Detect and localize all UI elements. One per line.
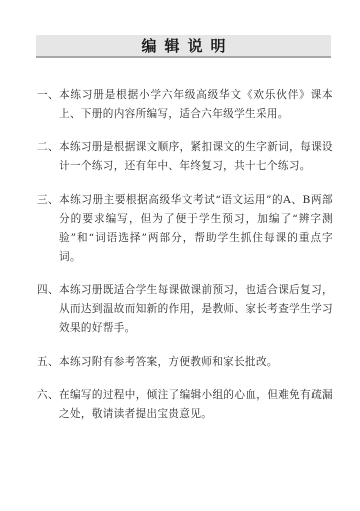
note-number: 一、 [37,86,59,124]
note-number: 五、 [37,353,59,372]
note-text: 本练习附有参考答案，方便教师和家长批改。 [59,353,333,372]
note-item-3: 三、 本练习册主要根据高级华文考试“语文运用”的A、B两部分的要求编写，但为了便… [37,191,333,267]
title-banner: 编辑说明 [36,35,331,58]
note-text: 本练习册是根据小学六年级高级华文《欢乐伙伴》课本上、下册的内容所编写，适合六年级… [59,86,333,124]
note-text: 本练习册是根据课文顺序，紧扣课文的生字新词，每课设计一个练习，还有年中、年终复习… [59,138,333,176]
note-item-6: 六、 在编写的过程中，倾注了编辑小组的心血，但难免有疏漏之处，敬请读者提出宝贵意… [37,386,333,424]
note-text: 本练习册既适合学生每课做课前预习，也适合课后复习，从而达到温故而知新的作用，是教… [59,281,333,338]
editorial-notes-list: 一、 本练习册是根据小学六年级高级华文《欢乐伙伴》课本上、下册的内容所编写，适合… [37,86,333,424]
note-item-2: 二、 本练习册是根据课文顺序，紧扣课文的生字新词，每课设计一个练习，还有年中、年… [37,138,333,176]
page-title: 编辑说明 [133,35,233,56]
note-text: 本练习册主要根据高级华文考试“语文运用”的A、B两部分的要求编写，但为了便于学生… [59,191,333,267]
note-item-4: 四、 本练习册既适合学生每课做课前预习，也适合课后复习，从而达到温故而知新的作用… [37,281,333,338]
document-page: 编辑说明 一、 本练习册是根据小学六年级高级华文《欢乐伙伴》课本上、下册的内容所… [0,0,360,511]
note-item-1: 一、 本练习册是根据小学六年级高级华文《欢乐伙伴》课本上、下册的内容所编写，适合… [37,86,333,124]
note-number: 六、 [37,386,59,424]
note-item-5: 五、 本练习附有参考答案，方便教师和家长批改。 [37,353,333,372]
note-number: 二、 [37,138,59,176]
note-number: 四、 [37,281,59,338]
note-number: 三、 [37,191,59,267]
note-text: 在编写的过程中，倾注了编辑小组的心血，但难免有疏漏之处，敬请读者提出宝贵意见。 [59,386,333,424]
